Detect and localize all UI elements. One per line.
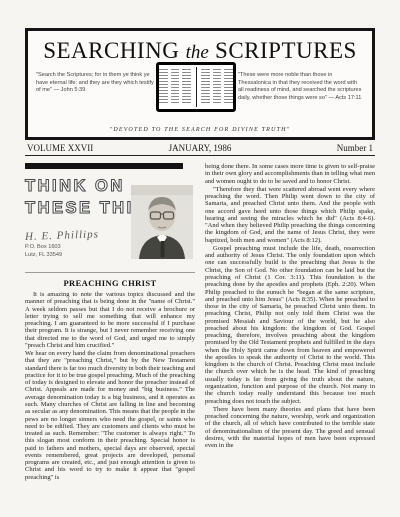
- article-body-right: being done there. In some cases more tim…: [205, 163, 375, 449]
- right-scripture-quote: "These were more noble than those in The…: [238, 72, 364, 102]
- issue-info-bar: VOLUME XXVII JANUARY, 1986 Number 1: [25, 140, 375, 156]
- title-word-searching: SEARCHING: [43, 38, 179, 63]
- bible-text-column: [213, 69, 222, 105]
- paragraph: "Therefore they that were scattered abro…: [205, 186, 375, 244]
- masthead-motto: "DEVOTED TO THE SEARCH FOR DIVINE TRUTH": [28, 127, 372, 133]
- masthead: SEARCHING the SCRIPTURES "Search the Scr…: [25, 28, 375, 140]
- bible-text-column: [224, 69, 233, 105]
- title-word-the: the: [186, 42, 209, 63]
- bible-text-column: [159, 69, 168, 105]
- newsletter-page: SEARCHING the SCRIPTURES "Search the Scr…: [25, 28, 375, 498]
- paragraph: There have been many theories and plans …: [205, 406, 375, 450]
- column-header-bar: [25, 163, 183, 169]
- newsletter-title: SEARCHING the SCRIPTURES: [28, 38, 372, 64]
- paragraph: Gospel preaching must include the life, …: [205, 245, 375, 405]
- masthead-quote-row: "Search the Scriptures; for in them ye t…: [28, 64, 372, 112]
- left-column: THINK ON THESE THINGS: [25, 163, 195, 482]
- bible-text-column: [182, 69, 191, 105]
- open-bible-icon: [156, 62, 236, 112]
- column-header: THINK ON THESE THINGS: [25, 175, 195, 267]
- bible-text-column: [171, 69, 180, 105]
- left-scripture-quote: "Search the Scriptures; for in them ye t…: [36, 72, 154, 95]
- right-column: being done there. In some cases more tim…: [205, 163, 375, 482]
- bible-spine: [196, 67, 197, 107]
- bible-text-column: [201, 69, 210, 105]
- article-body-left: It is amazing to note the various topics…: [25, 291, 195, 481]
- author-portrait-illustration: [131, 185, 193, 259]
- title-word-scriptures: SCRIPTURES: [215, 38, 357, 63]
- issue-date: JANUARY, 1986: [25, 143, 375, 153]
- paragraph: It is amazing to note the various topics…: [25, 291, 195, 349]
- article-title: PREACHING CHRIST: [25, 278, 195, 288]
- column-divider-rule: [25, 272, 195, 273]
- paragraph: being done there. In some cases more tim…: [205, 163, 375, 185]
- article-columns: THINK ON THESE THINGS: [25, 163, 375, 482]
- paragraph: We hear on every hand the claim from den…: [25, 350, 195, 481]
- author-photo: [131, 185, 193, 259]
